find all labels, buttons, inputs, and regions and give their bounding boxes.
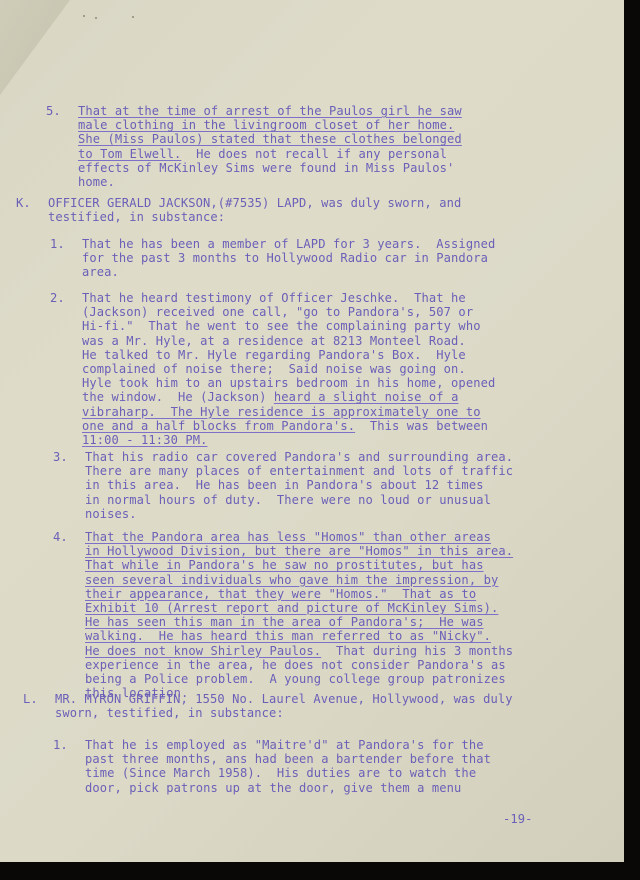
text-line: sworn, testified, in substance:: [55, 706, 513, 720]
text-line: complained of noise there; Said noise wa…: [82, 362, 495, 376]
witness-l-heading: L.MR. MYRON GRIFFIN, 1550 No. Laurel Ave…: [55, 692, 513, 720]
item-k-1: 1.That he has been a member of LAPD for …: [82, 237, 495, 280]
underlined-text: Exhibit 10 (Arrest report and picture of…: [85, 601, 498, 615]
item-marker: 5.: [46, 104, 61, 118]
text-line: the window. He (Jackson) heard a slight …: [82, 390, 495, 404]
underlined-text: She (Miss Paulos) stated that these clot…: [78, 132, 462, 146]
text-line: 11:00 - 11:30 PM.: [82, 433, 495, 447]
paper-speck: [132, 16, 134, 18]
text-line: in this area. He has been in Pandora's a…: [85, 478, 513, 492]
scanned-document-photo: 5.That at the time of arrest of the Paul…: [0, 0, 640, 880]
text-line: door, pick patrons up at the door, give …: [85, 781, 491, 795]
text-line: OFFICER GERALD JACKSON,(#7535) LAPD, was…: [48, 196, 461, 210]
item-marker: L.: [23, 692, 38, 706]
underlined-text: vibraharp. The Hyle residence is approxi…: [82, 405, 481, 419]
text-line: male clothing in the livingroom closet o…: [78, 118, 462, 132]
underlined-text: in Hollywood Division, but there are "Ho…: [85, 544, 513, 558]
text-line: effects of McKinley Sims were found in M…: [78, 161, 462, 175]
text-line: She (Miss Paulos) stated that these clot…: [78, 132, 462, 146]
item-marker: 1.: [50, 237, 65, 251]
text-line: being a Police problem. A young college …: [85, 672, 513, 686]
typewritten-page: 5.That at the time of arrest of the Paul…: [0, 0, 624, 862]
underlined-text: to Tom Elwell.: [78, 147, 181, 161]
text-line: That the Pandora area has less "Homos" t…: [85, 530, 513, 544]
item-k-4: 4.That the Pandora area has less "Homos"…: [85, 530, 513, 700]
underlined-text: one and a half blocks from Pandora's.: [82, 419, 355, 433]
text-line: time (Since March 1958). His duties are …: [85, 766, 491, 780]
underlined-text: He does not know Shirley Paulos.: [85, 644, 321, 658]
text-line: experience in the area, he does not cons…: [85, 658, 513, 672]
text-line: testified, in substance:: [48, 210, 461, 224]
item-marker: 1.: [53, 738, 68, 752]
text-line: in normal hours of duty. There were no l…: [85, 493, 513, 507]
text-line: their appearance, that they were "Homos.…: [85, 587, 513, 601]
item-l-1: 1.That he is employed as "Maitre'd" at P…: [85, 738, 491, 795]
item-marker: 4.: [53, 530, 68, 544]
underlined-text: That the Pandora area has less "Homos" t…: [85, 530, 491, 544]
paper-speck: [95, 17, 97, 19]
text-line: home.: [78, 175, 462, 189]
page-number: -19-: [503, 812, 533, 826]
item-marker: K.: [16, 196, 31, 210]
text-line: was a Mr. Hyle, at a residence at 8213 M…: [82, 334, 495, 348]
text-line: seen several individuals who gave him th…: [85, 573, 513, 587]
text-line: That he has been a member of LAPD for 3 …: [82, 237, 495, 251]
text-line: one and a half blocks from Pandora's. Th…: [82, 419, 495, 433]
item-k-3: 3.That his radio car covered Pandora's a…: [85, 450, 513, 521]
item-5: 5.That at the time of arrest of the Paul…: [78, 104, 462, 189]
text-line: That he heard testimony of Officer Jesch…: [82, 291, 495, 305]
text-line: to Tom Elwell. He does not recall if any…: [78, 147, 462, 161]
text-line: past three months, ans had been a barten…: [85, 752, 491, 766]
text-line: Exhibit 10 (Arrest report and picture of…: [85, 601, 513, 615]
text-line: That at the time of arrest of the Paulos…: [78, 104, 462, 118]
underlined-text: That while in Pandora's he saw no prosti…: [85, 558, 484, 572]
text-line: He has seen this man in the area of Pand…: [85, 615, 513, 629]
text-line: That while in Pandora's he saw no prosti…: [85, 558, 513, 572]
text-line: That he is employed as "Maitre'd" at Pan…: [85, 738, 491, 752]
underlined-text: their appearance, that they were "Homos.…: [85, 587, 476, 601]
text-line: Hyle took him to an upstairs bedroom in …: [82, 376, 495, 390]
underlined-text: heard a slight noise of a: [274, 390, 459, 404]
text-line: in Hollywood Division, but there are "Ho…: [85, 544, 513, 558]
text-line: Hi-fi." That he went to see the complain…: [82, 319, 495, 333]
witness-k-heading: K.OFFICER GERALD JACKSON,(#7535) LAPD, w…: [48, 196, 461, 224]
item-marker: 2.: [50, 291, 65, 305]
item-marker: 3.: [53, 450, 68, 464]
underlined-text: 11:00 - 11:30 PM.: [82, 433, 207, 447]
text-line: for the past 3 months to Hollywood Radio…: [82, 251, 495, 265]
underlined-text: walking. He has heard this man referred …: [85, 629, 491, 643]
text-line: (Jackson) received one call, "go to Pand…: [82, 305, 495, 319]
text-line: He talked to Mr. Hyle regarding Pandora'…: [82, 348, 495, 362]
text-line: He does not know Shirley Paulos. That du…: [85, 644, 513, 658]
paper-speck: [83, 15, 85, 17]
text-line: walking. He has heard this man referred …: [85, 629, 513, 643]
text-line: That his radio car covered Pandora's and…: [85, 450, 513, 464]
underlined-text: He has seen this man in the area of Pand…: [85, 615, 484, 629]
underlined-text: That at the time of arrest of the Paulos…: [78, 104, 462, 118]
underlined-text: seen several individuals who gave him th…: [85, 573, 498, 587]
item-k-2: 2.That he heard testimony of Officer Jes…: [82, 291, 495, 447]
text-line: MR. MYRON GRIFFIN, 1550 No. Laurel Avenu…: [55, 692, 513, 706]
folded-page-corner: [0, 0, 70, 95]
text-line: noises.: [85, 507, 513, 521]
underlined-text: male clothing in the livingroom closet o…: [78, 118, 454, 132]
text-line: There are many places of entertainment a…: [85, 464, 513, 478]
text-line: area.: [82, 265, 495, 279]
text-line: vibraharp. The Hyle residence is approxi…: [82, 405, 495, 419]
